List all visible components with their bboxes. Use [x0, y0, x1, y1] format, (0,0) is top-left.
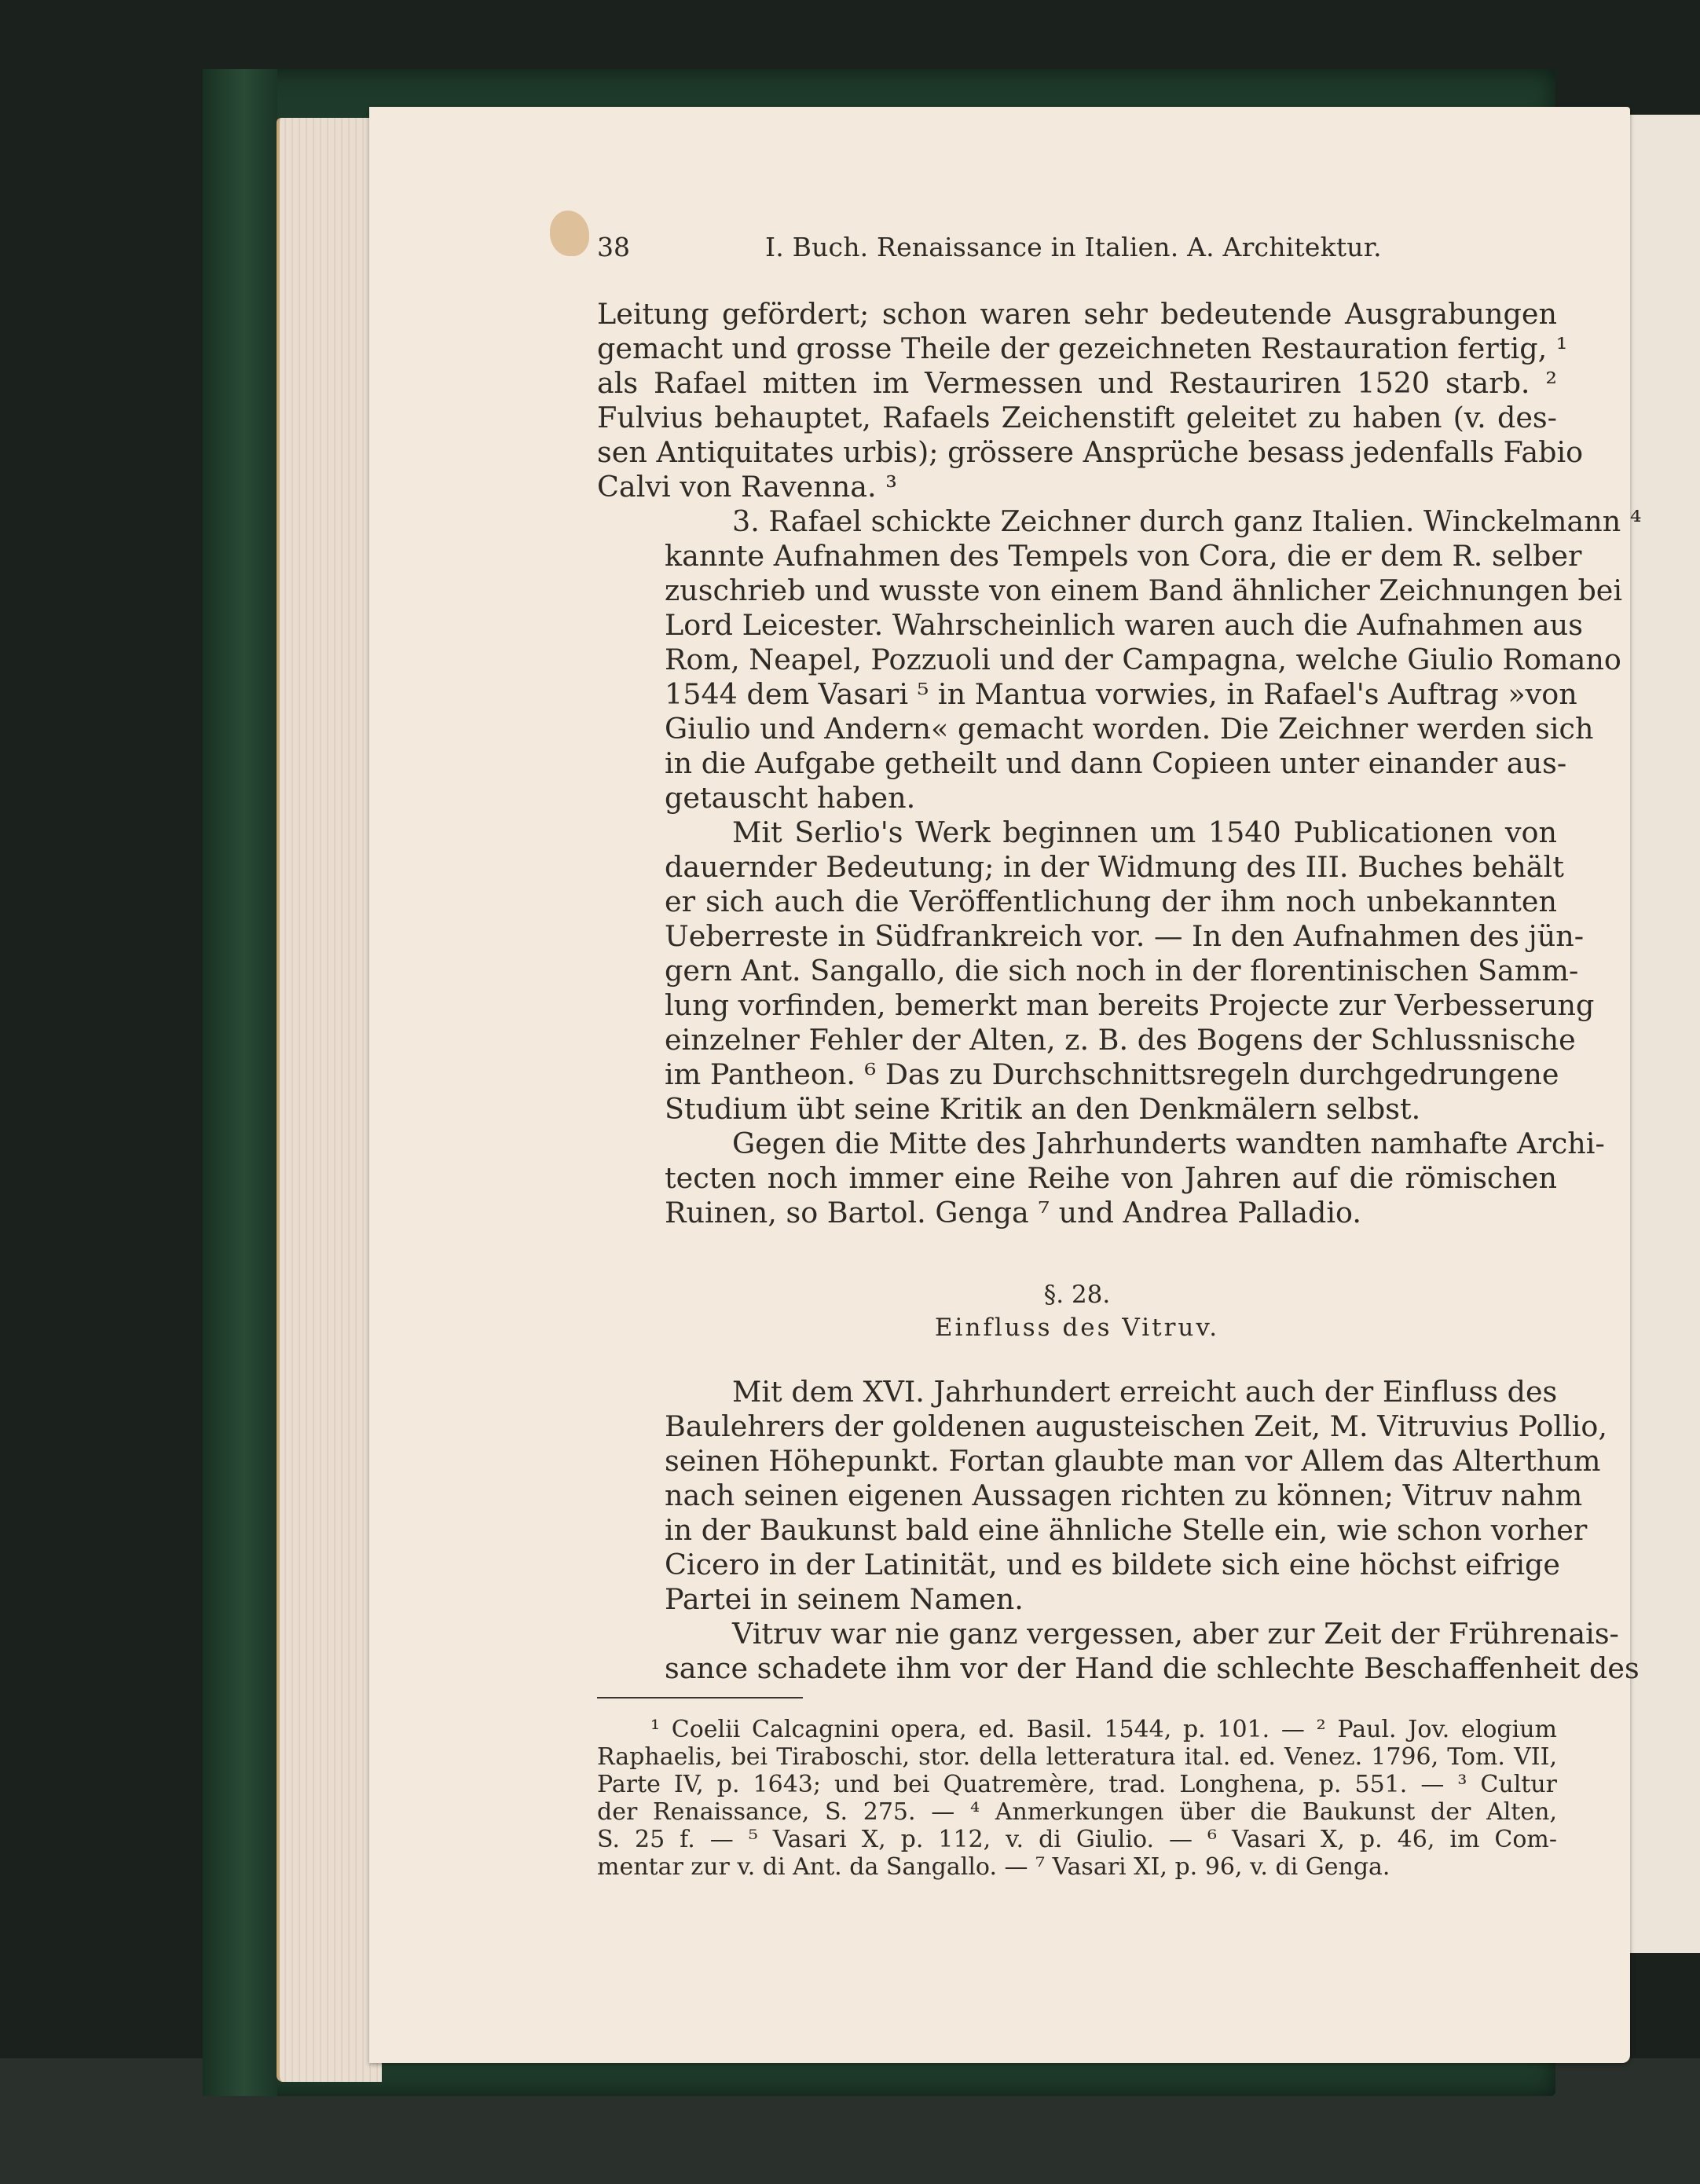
- text-line: im Pantheon. ⁶ Das zu Durchschnittsregel…: [597, 1057, 1557, 1092]
- text-line: dauernder Bedeutung; in der Widmung des …: [597, 850, 1557, 885]
- text-line: in der Baukunst bald eine ähnliche Stell…: [597, 1513, 1557, 1548]
- text-line: in die Aufgabe getheilt und dann Copieen…: [597, 746, 1557, 781]
- footnote-line: der Renaissance, S. 275. — ⁴ Anmerkungen…: [597, 1798, 1557, 1826]
- text-line: getauscht haben.: [597, 781, 1557, 815]
- text-line: als Rafael mitten im Vermessen und Resta…: [597, 366, 1557, 401]
- footnote-divider: [597, 1697, 803, 1698]
- text-line: Mit dem XVI. Jahrhundert erreicht auch d…: [597, 1375, 1557, 1409]
- text-line: Leitung gefördert; schon waren sehr bede…: [597, 297, 1557, 332]
- text-line: sance schadete ihm vor der Hand die schl…: [597, 1651, 1557, 1686]
- footnotes: ¹ Coelii Calcagnini opera, ed. Basil. 15…: [597, 1716, 1557, 1881]
- text-line: Fulvius behauptet, Rafaels Zeichenstift …: [597, 401, 1557, 435]
- footnote-line: S. 25 f. — ⁵ Vasari X, p. 112, v. di Giu…: [597, 1826, 1557, 1853]
- text-line: Mit Serlio's Werk beginnen um 1540 Publi…: [597, 815, 1557, 850]
- body-text: Leitung gefördert; schon waren sehr bede…: [597, 297, 1557, 1686]
- book-cover-edge: [203, 69, 277, 2096]
- text-line: lung vorfinden, bemerkt man bereits Proj…: [597, 988, 1557, 1023]
- text-line: nach seinen eigenen Aussagen richten zu …: [597, 1479, 1557, 1513]
- section-number: §. 28.: [597, 1277, 1557, 1312]
- text-line: seinen Höhepunkt. Fortan glaubte man vor…: [597, 1444, 1557, 1479]
- text-line: Ruinen, so Bartol. Genga ⁷ und Andrea Pa…: [597, 1196, 1557, 1230]
- text-line: Studium übt seine Kritik an den Denkmäle…: [597, 1092, 1557, 1127]
- page-text: 38 I. Buch. Renaissance in Italien. A. A…: [597, 228, 1557, 1881]
- text-line: Partei in seinem Namen.: [597, 1582, 1557, 1617]
- paragraph: Leitung gefördert; schon waren sehr bede…: [597, 297, 1557, 504]
- text-line: er sich auch die Veröffentlichung der ih…: [597, 885, 1557, 919]
- paragraph: Mit Serlio's Werk beginnen um 1540 Publi…: [597, 815, 1557, 1127]
- running-head-title: I. Buch. Renaissance in Italien. A. Arch…: [765, 228, 1382, 267]
- text-line: Cicero in der Latinität, und es bildete …: [597, 1548, 1557, 1582]
- text-line: sen Antiquitates urbis); grössere Ansprü…: [597, 435, 1557, 470]
- text-line: kannte Aufnahmen des Tempels von Cora, d…: [597, 539, 1557, 573]
- footnote-line: mentar zur v. di Ant. da Sangallo. — ⁷ V…: [597, 1853, 1557, 1881]
- text-line: Rom, Neapel, Pozzuoli und der Campagna, …: [597, 643, 1557, 677]
- footnote-line: Raphaelis, bei Tiraboschi, stor. della l…: [597, 1743, 1557, 1771]
- page-number: 38: [597, 228, 630, 267]
- text-line: 3. Rafael schickte Zeichner durch ganz I…: [597, 504, 1557, 539]
- text-line: einzelner Fehler der Alten, z. B. des Bo…: [597, 1023, 1557, 1057]
- text-line: Giulio und Andern« gemacht worden. Die Z…: [597, 712, 1557, 746]
- paragraph: Vitruv war nie ganz vergessen, aber zur …: [597, 1617, 1557, 1686]
- text-line: Gegen die Mitte des Jahrhunderts wandten…: [597, 1127, 1557, 1161]
- page-stack: [277, 118, 382, 2082]
- text-line: zuschrieb und wusste von einem Band ähnl…: [597, 573, 1557, 608]
- text-line: tecten noch immer eine Reihe von Jahren …: [597, 1161, 1557, 1196]
- text-line: gemacht und grosse Theile der gezeichnet…: [597, 332, 1557, 366]
- footnote-line: ¹ Coelii Calcagnini opera, ed. Basil. 15…: [597, 1716, 1557, 1743]
- paragraph: 3. Rafael schickte Zeichner durch ganz I…: [597, 504, 1557, 815]
- text-line: Vitruv war nie ganz vergessen, aber zur …: [597, 1617, 1557, 1651]
- text-line: Calvi von Ravenna. ³: [597, 470, 1557, 504]
- text-line: Baulehrers der goldenen augusteischen Ze…: [597, 1409, 1557, 1444]
- text-line: Ueberreste in Südfrankreich vor. — In de…: [597, 919, 1557, 954]
- running-head: 38 I. Buch. Renaissance in Italien. A. A…: [597, 228, 1557, 267]
- paragraph: Gegen die Mitte des Jahrhunderts wandten…: [597, 1127, 1557, 1230]
- text-line: 1544 dem Vasari ⁵ in Mantua vorwies, in …: [597, 677, 1557, 712]
- paragraph: Mit dem XVI. Jahrhundert erreicht auch d…: [597, 1375, 1557, 1617]
- text-line: Lord Leicester. Wahrscheinlich waren auc…: [597, 608, 1557, 643]
- text-line: gern Ant. Sangallo, die sich noch in der…: [597, 954, 1557, 988]
- footnote-line: Parte IV, p. 1643; und bei Quatremère, t…: [597, 1771, 1557, 1798]
- section-title: Einfluss des Vitruv.: [597, 1312, 1557, 1343]
